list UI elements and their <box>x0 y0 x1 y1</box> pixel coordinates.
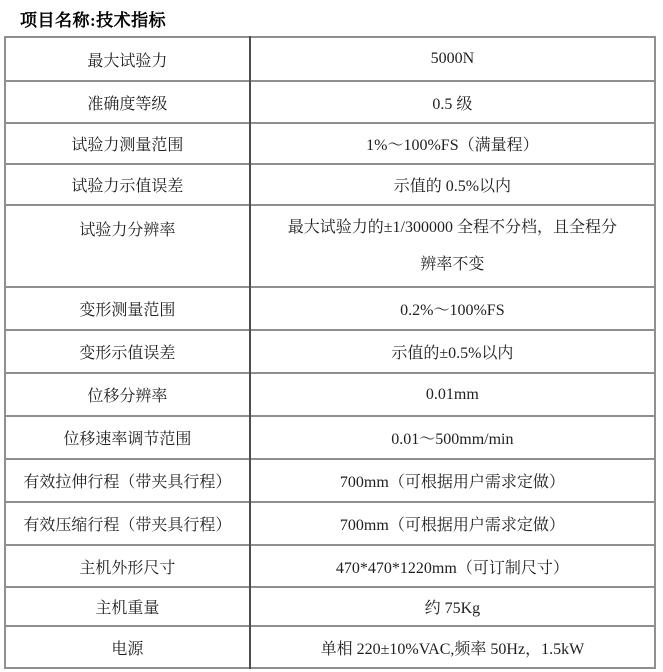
spec-value-cell: 700mm（可根据用户需求定做） <box>250 459 655 502</box>
table-row: 试验力示值误差 示值的 0.5%以内 <box>5 164 655 205</box>
spec-label-cell: 位移速率调节范围 <box>5 416 250 459</box>
table-row: 位移分辨率 0.01mm <box>5 373 655 416</box>
table-row: 主机外形尺寸 470*470*1220mm（可订制尺寸） <box>5 545 655 587</box>
spec-value-cell: 0.01mm <box>250 373 655 416</box>
table-row: 有效压缩行程（带夹具行程） 700mm（可根据用户需求定做） <box>5 502 655 545</box>
spec-value-cell: 470*470*1220mm（可订制尺寸） <box>250 545 655 587</box>
table-row: 位移速率调节范围 0.01～500mm/min <box>5 416 655 459</box>
spec-value-cell: 0.01～500mm/min <box>250 416 655 459</box>
spec-value-line: 最大试验力的±1/300000 全程不分档，且全程分 <box>253 209 652 246</box>
spec-label-cell: 变形测量范围 <box>5 287 250 330</box>
spec-label-cell: 电源 <box>5 626 250 668</box>
spec-value-cell: 700mm（可根据用户需求定做） <box>250 502 655 545</box>
spec-value-cell: 示值的 0.5%以内 <box>250 164 655 205</box>
spec-value-cell: 单相 220±10%VAC,频率 50Hz，1.5kW <box>250 626 655 668</box>
table-row: 最大试验力 5000N <box>5 37 655 81</box>
spec-value-line: 辨率不变 <box>253 246 652 283</box>
spec-label-cell: 准确度等级 <box>5 81 250 123</box>
spec-label-cell: 试验力示值误差 <box>5 164 250 205</box>
spec-label-cell: 最大试验力 <box>5 37 250 81</box>
page-title: 项目名称:技术指标 <box>20 6 166 31</box>
spec-value-cell: 0.5 级 <box>250 81 655 123</box>
spec-value-cell: 约 75Kg <box>250 587 655 626</box>
spec-value-cell: 5000N <box>250 37 655 81</box>
spec-label-cell: 有效拉伸行程（带夹具行程） <box>5 459 250 502</box>
spec-label-cell: 主机重量 <box>5 587 250 626</box>
table-row: 变形测量范围 0.2%～100%FS <box>5 287 655 330</box>
table-row: 变形示值误差 示值的±0.5%以内 <box>5 330 655 373</box>
table-row: 电源 单相 220±10%VAC,频率 50Hz，1.5kW <box>5 626 655 668</box>
table-row: 主机重量 约 75Kg <box>5 587 655 626</box>
table-row: 准确度等级 0.5 级 <box>5 81 655 123</box>
table-row: 试验力分辨率 最大试验力的±1/300000 全程不分档，且全程分 辨率不变 <box>5 205 655 287</box>
spec-value-cell: 示值的±0.5%以内 <box>250 330 655 373</box>
spec-value-cell: 0.2%～100%FS <box>250 287 655 330</box>
table-row: 试验力测量范围 1%～100%FS（满量程） <box>5 123 655 164</box>
spec-label-cell: 试验力测量范围 <box>5 123 250 164</box>
spec-value-cell: 1%～100%FS（满量程） <box>250 123 655 164</box>
spec-label-cell: 主机外形尺寸 <box>5 545 250 587</box>
spec-label-cell: 有效压缩行程（带夹具行程） <box>5 502 250 545</box>
spec-table: 最大试验力 5000N 准确度等级 0.5 级 试验力测量范围 1%～100%F… <box>4 36 656 669</box>
spec-label-cell: 变形示值误差 <box>5 330 250 373</box>
spec-label-cell: 位移分辨率 <box>5 373 250 416</box>
table-row: 有效拉伸行程（带夹具行程） 700mm（可根据用户需求定做） <box>5 459 655 502</box>
spec-value-cell: 最大试验力的±1/300000 全程不分档，且全程分 辨率不变 <box>250 205 655 287</box>
spec-label-cell: 试验力分辨率 <box>5 205 250 287</box>
